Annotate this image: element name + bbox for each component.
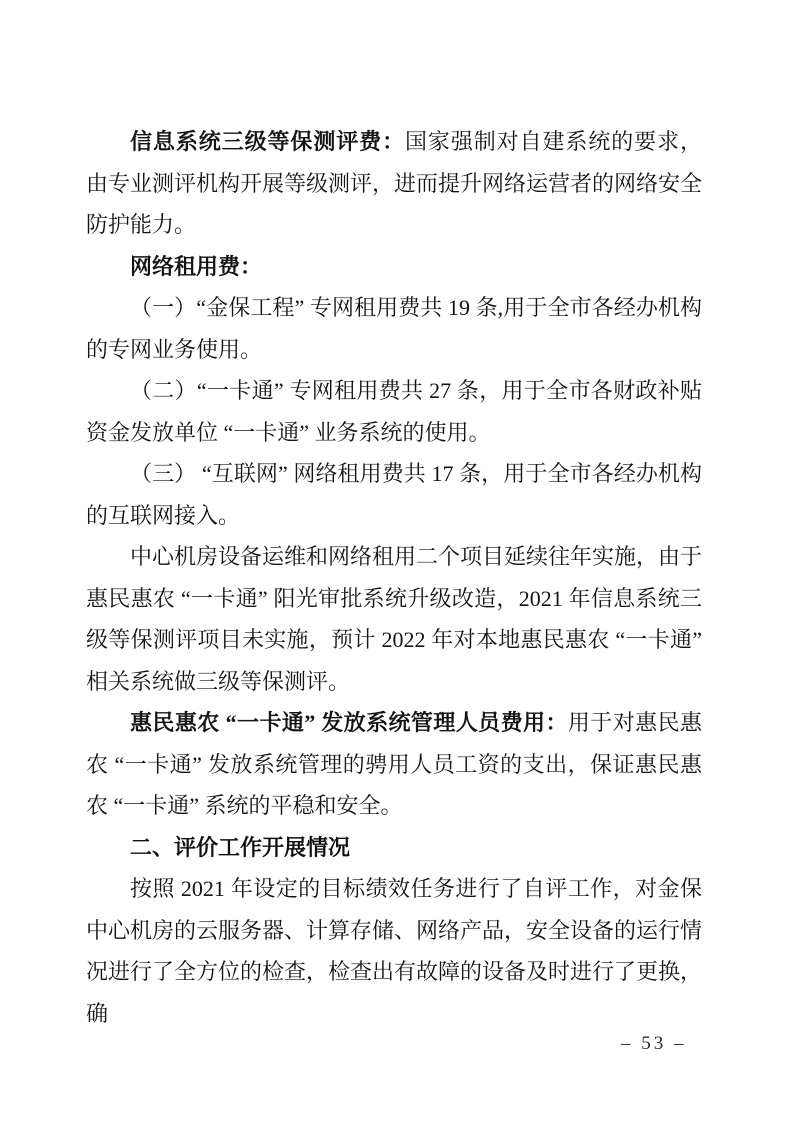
paragraph: （三） “互联网” 网络租用费共 17 条，用于全市各经办机构的互联网接入。 [86,453,702,536]
paragraph-text: 按照 2021 年设定的目标绩效任务进行了自评工作，对金保中心机房的云服务器、计… [86,876,702,1026]
section-heading: 二、评价工作开展情况 [86,827,702,869]
body-text: 信息系统三级等保测评费：国家强制对自建系统的要求，由专业测评机构开展等级测评，进… [86,121,702,1034]
paragraph: 中心机房设备运维和网络租用二个项目延续往年实施，由于惠民惠农 “一卡通” 阳光审… [86,536,702,702]
paragraph-text: 中心机房设备运维和网络租用二个项目延续往年实施，由于惠民惠农 “一卡通” 阳光审… [86,544,702,694]
paragraph-lead: 网络租用费： [130,254,262,279]
paragraph: （一）“金保工程” 专网租用费共 19 条,用于全市各经办机构的专网业务使用。 [86,287,702,370]
paragraph-text: （三） “互联网” 网络租用费共 17 条，用于全市各经办机构的互联网接入。 [86,461,702,528]
paragraph: 惠民惠农 “一卡通” 发放系统管理人员费用：用于对惠民惠农 “一卡通” 发放系统… [86,702,702,827]
paragraph: （二）“一卡通” 专网租用费共 27 条，用于全市各财政补贴资金发放单位 “一卡… [86,370,702,453]
paragraph-text: （一）“金保工程” 专网租用费共 19 条,用于全市各经办机构的专网业务使用。 [86,295,702,362]
paragraph: 信息系统三级等保测评费：国家强制对自建系统的要求，由专业测评机构开展等级测评，进… [86,121,702,246]
page-number: – 53 – [621,1033,687,1055]
paragraph-text: （二）“一卡通” 专网租用费共 27 条，用于全市各财政补贴资金发放单位 “一卡… [86,378,702,445]
document-page: 信息系统三级等保测评费：国家强制对自建系统的要求，由专业测评机构开展等级测评，进… [0,0,793,1122]
paragraph-lead: 信息系统三级等保测评费： [130,129,405,154]
paragraph: 网络租用费： [86,246,702,288]
paragraph-lead: 惠民惠农 “一卡通” 发放系统管理人员费用： [130,710,568,735]
paragraph: 按照 2021 年设定的目标绩效任务进行了自评工作，对金保中心机房的云服务器、计… [86,868,702,1034]
